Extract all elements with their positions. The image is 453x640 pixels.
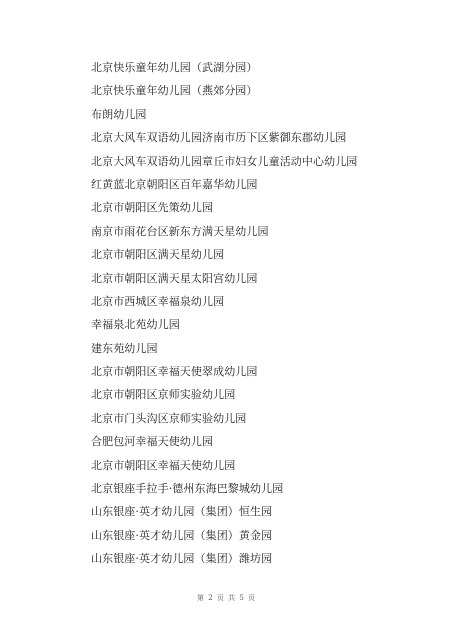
list-item: 北京市朝阳区满天星太阳宫幼儿园: [91, 271, 357, 294]
list-item: 山东银座·英才幼儿园（集团）恒生园: [91, 504, 357, 527]
list-item: 幸福泉北苑幼儿园: [91, 317, 357, 340]
list-item: 南京市雨花台区新东方满天星幼儿园: [91, 224, 357, 247]
list-item: 红黄蓝北京朝阳区百年嘉华幼儿园: [91, 177, 357, 200]
list-item: 北京市朝阳区幸福天使翠成幼儿园: [91, 364, 357, 387]
list-item: 北京快乐童年幼儿园（武湖分园）: [91, 60, 357, 83]
list-item: 北京大风车双语幼儿园章丘市妇女儿童活动中心幼儿园: [91, 154, 357, 177]
list-item: 北京快乐童年幼儿园（燕郊分园）: [91, 83, 357, 106]
list-item: 北京市朝阳区幸福天使幼儿园: [91, 458, 357, 481]
list-item: 北京大风车双语幼儿园济南市历下区紫御东郡幼儿园: [91, 130, 357, 153]
list-item: 山东银座·英才幼儿园（集团）潍坊园: [91, 551, 357, 574]
list-item: 北京市门头沟区京师实验幼儿园: [91, 411, 357, 434]
list-item: 建东苑幼儿园: [91, 341, 357, 364]
list-item: 北京市朝阳区满天星幼儿园: [91, 247, 357, 270]
list-item: 北京银座手拉手·德州东海巴黎城幼儿园: [91, 481, 357, 504]
kindergarten-list: 北京快乐童年幼儿园（武湖分园） 北京快乐童年幼儿园（燕郊分园） 布朗幼儿园 北京…: [91, 60, 357, 575]
page-number-footer: 第 2 页 共 5 页: [0, 593, 453, 603]
list-item: 合肥包河幸福天使幼儿园: [91, 434, 357, 457]
list-item: 北京市朝阳区先策幼儿园: [91, 200, 357, 223]
document-page: 北京快乐童年幼儿园（武湖分园） 北京快乐童年幼儿园（燕郊分园） 布朗幼儿园 北京…: [0, 0, 453, 640]
list-item: 北京市西城区幸福泉幼儿园: [91, 294, 357, 317]
list-item: 北京市朝阳区京师实验幼儿园: [91, 387, 357, 410]
list-item: 布朗幼儿园: [91, 107, 357, 130]
list-item: 山东银座·英才幼儿园（集团）黄金园: [91, 528, 357, 551]
